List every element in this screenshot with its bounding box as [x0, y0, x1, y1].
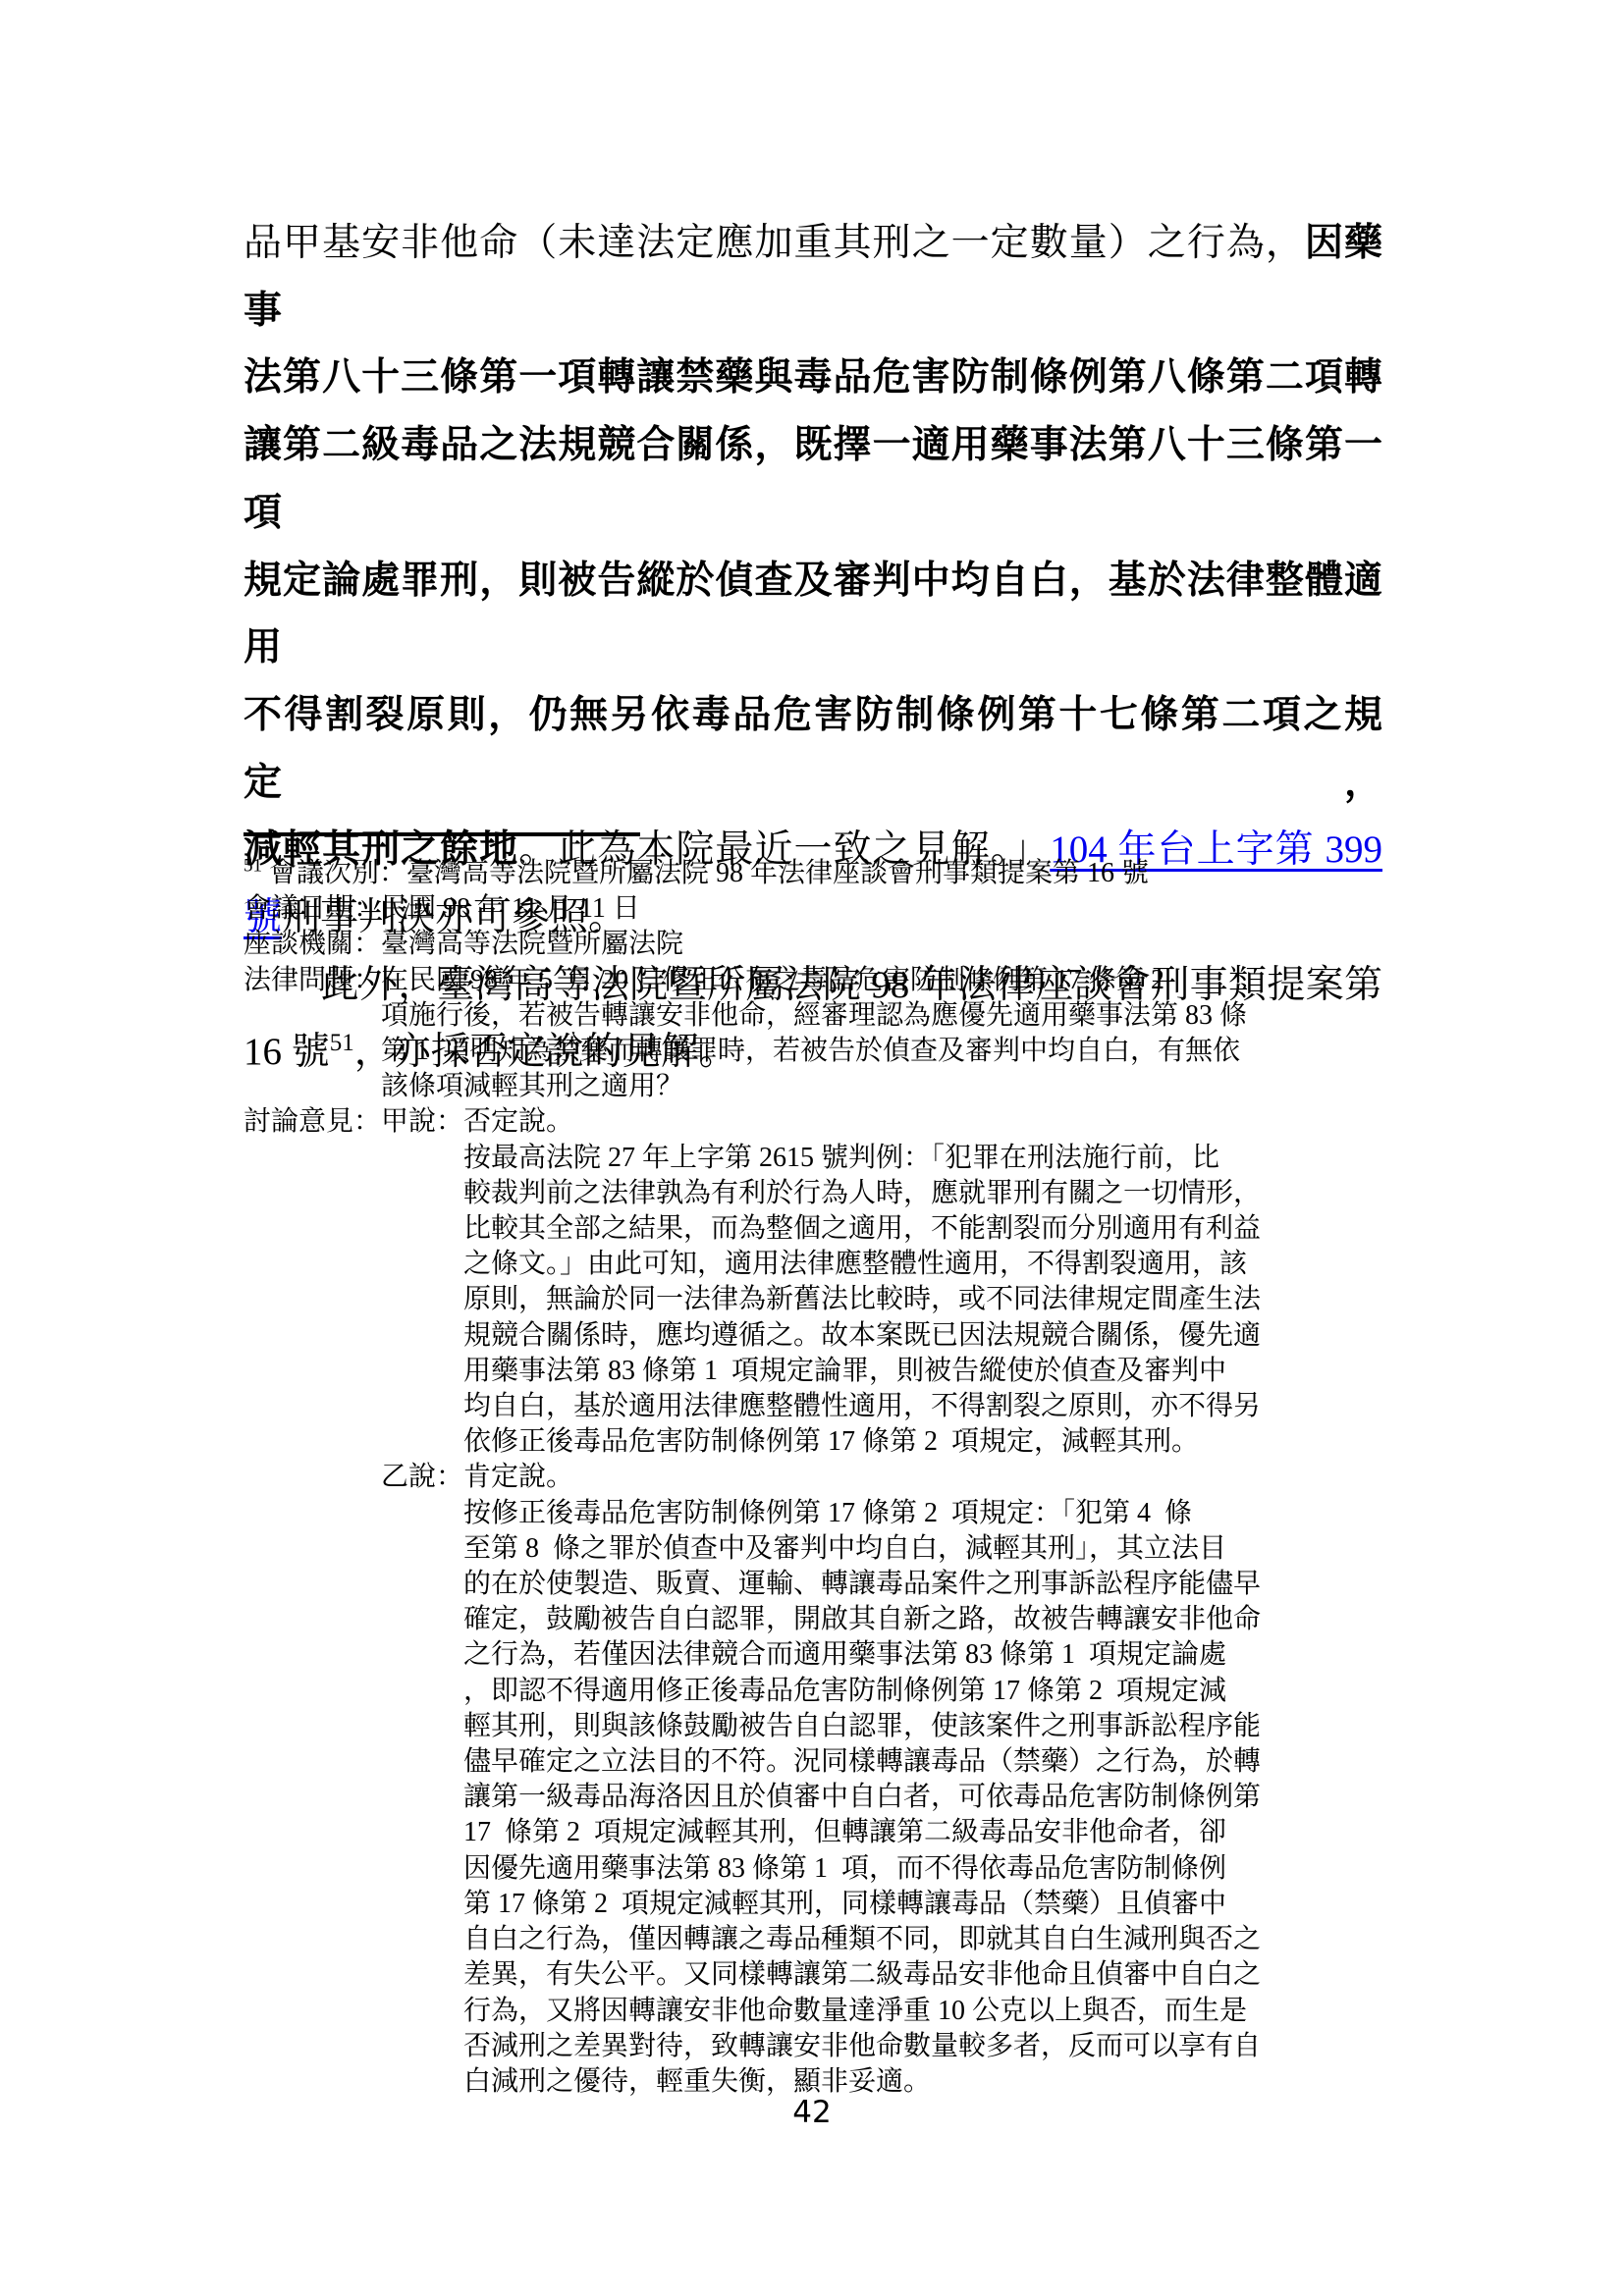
- body-text: 規定論處罪刑，則被告縱於偵查及審判中均自白，基於法律整體適用: [244, 560, 1382, 669]
- body-text: 讓第二級毒品之法規競合關係，既擇一適用藥事法第八十三條第一項: [244, 424, 1382, 534]
- footnote-text: 儘早確定之立法目的不符。況同樣轉讓毒品（禁藥）之行為，於轉: [463, 1746, 1261, 1777]
- footnote-line: 讓第一級毒品海洛因且於偵審中自白者，可依毒品危害防制條例第: [244, 1780, 1402, 1815]
- footnote-line: 自白之行為，僅因轉讓之毒品種類不同，即就其自白生減刑與否之: [244, 1922, 1402, 1957]
- footnote-line: 該條項減輕其刑之適用？: [244, 1069, 1402, 1104]
- footnote-text: 17 條第 2 項規定減輕其刑，但轉讓第二級毒品安非他命者，卻: [463, 1817, 1226, 1847]
- body-text: 不得割裂原則，仍無另依毒品危害防制條例第十七條第二項之規定，: [244, 694, 1382, 804]
- footnote-text: 乙說：肯定說。: [381, 1462, 573, 1492]
- footnote-line: 之行為，若僅因法律競合而適用藥事法第 83 條第 1 項規定論處: [244, 1637, 1402, 1673]
- footnote-text: 座談機關：臺灣高等法院暨所屬法院: [244, 929, 683, 959]
- footnote-text: 讓第一級毒品海洛因且於偵審中自白者，可依毒品危害防制條例第: [463, 1782, 1261, 1812]
- footnote-text: 用藥事法第 83 條第 1 項規定論罪，則被告縱使於偵查及審判中: [463, 1356, 1226, 1386]
- footnote-line: 確定，鼓勵被告自白認罪，開啟其自新之路，故被告轉讓安非他命: [244, 1602, 1402, 1637]
- footnote-line: 儘早確定之立法目的不符。況同樣轉讓毒品（禁藥）之行為，於轉: [244, 1744, 1402, 1780]
- footnote-text: 按最高法院 27 年上字第 2615 號判例：「犯罪在刑法施行前，比: [463, 1143, 1219, 1173]
- main-text-line: 讓第二級毒品之法規競合關係，既擇一適用藥事法第八十三條第一項: [244, 412, 1382, 547]
- footnote-text: 因優先適用藥事法第 83 條第 1 項，而不得依毒品危害防制條例: [463, 1853, 1226, 1884]
- footnote-text: 差異，有失公平。又同樣轉讓第二級毒品安非他命且偵審中自白之: [463, 1959, 1261, 1990]
- footnote-separator: [244, 832, 640, 836]
- footnote-text: 項施行後，若被告轉讓安非他命，經審理認為應優先適用藥事法第 83 條: [381, 1000, 1247, 1031]
- footnote-text: 法律問題：在民國 98 年 5 月 20 日修正公布之毒品危害防制條例第 17 …: [244, 965, 1164, 995]
- footnote-line: 均自白，基於適用法律應整體性適用，不得割裂之原則，亦不得另: [244, 1389, 1402, 1424]
- footnote-text: 輕其刑，則與該條鼓勵被告自白認罪，使該案件之刑事訴訟程序能: [463, 1711, 1261, 1741]
- footnote-line: 較裁判前之法律孰為有利於行為人時，應就罪刑有關之一切情形，: [244, 1176, 1402, 1211]
- body-text: 法第八十三條第一項轉讓禁藥與毒品危害防制條例第八條第二項轉: [244, 356, 1382, 399]
- document-page: 品甲基安非他命（未達法定應加重其刑之一定數量）之行為，因藥事法第八十三條第一項轉…: [0, 0, 1624, 2296]
- footnote-marker: 51: [244, 856, 262, 877]
- footnote-text: 規競合關係時，應均遵循之。故本案既已因法規競合關係，優先適: [463, 1320, 1261, 1351]
- footnote-text: 第 17 條第 2 項規定減輕其刑，同樣轉讓毒品（禁藥）且偵審中: [463, 1889, 1226, 1919]
- footnote-line: 座談機關：臺灣高等法院暨所屬法院: [244, 927, 1402, 962]
- footnote-line: 會議日期：民國 98 年 11 月 11 日: [244, 891, 1402, 927]
- footnote-text: 行為，又將因轉讓安非他命數量達淨重 10 公克以上與否，而生是: [463, 1996, 1247, 2026]
- footnote-line: 乙說：肯定說。: [244, 1460, 1402, 1495]
- footnote-text: 白減刑之優待，輕重失衡，顯非妥適。: [463, 2066, 931, 2097]
- footnote-line: 討論意見：甲說：否定說。: [244, 1104, 1402, 1140]
- footnote-block: 51 會議次別：臺灣高等法院暨所屬法院 98 年法律座談會刑事類提案第 16 號…: [244, 856, 1402, 2100]
- footnote-line: 51 會議次別：臺灣高等法院暨所屬法院 98 年法律座談會刑事類提案第 16 號: [244, 856, 1402, 891]
- footnote-line: 第 17 條第 2 項規定減輕其刑，同樣轉讓毒品（禁藥）且偵審中: [244, 1887, 1402, 1922]
- footnote-text: 會議次別：臺灣高等法院暨所屬法院 98 年法律座談會刑事類提案第 16 號: [262, 858, 1149, 888]
- footnote-line: 用藥事法第 83 條第 1 項規定論罪，則被告縱使於偵查及審判中: [244, 1354, 1402, 1389]
- footnote-text: 的在於使製造、販賣、運輸、轉讓毒品案件之刑事訴訟程序能儘早: [463, 1569, 1261, 1599]
- footnote-text: 該條項減輕其刑之適用？: [381, 1071, 683, 1101]
- footnote-line: 法律問題：在民國 98 年 5 月 20 日修正公布之毒品危害防制條例第 17 …: [244, 963, 1402, 998]
- footnote-text: 較裁判前之法律孰為有利於行為人時，應就罪刑有關之一切情形，: [463, 1178, 1261, 1208]
- footnote-line: ，即認不得適用修正後毒品危害防制條例第 17 條第 2 項規定減: [244, 1674, 1402, 1709]
- main-text-line: 品甲基安非他命（未達法定應加重其刑之一定數量）之行為，因藥事: [244, 210, 1382, 345]
- footnote-line: 的在於使製造、販賣、運輸、轉讓毒品案件之刑事訴訟程序能儘早: [244, 1567, 1402, 1602]
- footnote-line: 比較其全部之結果，而為整個之適用，不能割裂而分別適用有利益: [244, 1211, 1402, 1247]
- footnote-text: 原則，無論於同一法律為新舊法比較時，或不同法律規定間產生法: [463, 1284, 1261, 1314]
- footnote-text: 依修正後毒品危害防制條例第 17 條第 2 項規定，減輕其刑。: [463, 1426, 1199, 1457]
- footnote-text: 均自白，基於適用法律應整體性適用，不得割裂之原則，亦不得另: [463, 1391, 1261, 1421]
- footnote-line: 至第 8 條之罪於偵查中及審判中均自白，減輕其刑」，其立法目: [244, 1531, 1402, 1567]
- footnote-text: 自白之行為，僅因轉讓之毒品種類不同，即就其自白生減刑與否之: [463, 1924, 1261, 1954]
- footnote-line: 項施行後，若被告轉讓安非他命，經審理認為應優先適用藥事法第 83 條: [244, 998, 1402, 1034]
- footnote-line: 規競合關係時，應均遵循之。故本案既已因法規競合關係，優先適: [244, 1318, 1402, 1354]
- footnote-text: 比較其全部之結果，而為整個之適用，不能割裂而分別適用有利益: [463, 1213, 1261, 1244]
- footnote-text: 確定，鼓勵被告自白認罪，開啟其自新之路，故被告轉讓安非他命: [463, 1604, 1261, 1634]
- footnote-text: 按修正後毒品危害防制條例第 17 條第 2 項規定：「犯第 4 條: [463, 1498, 1192, 1528]
- body-text: 品甲基安非他命（未達法定應加重其刑之一定數量）之行為，: [244, 222, 1305, 264]
- footnote-line: 輕其刑，則與該條鼓勵被告自白認罪，使該案件之刑事訴訟程序能: [244, 1709, 1402, 1744]
- footnote-text: 討論意見：甲說：否定說。: [244, 1106, 573, 1137]
- footnote-line: 依修正後毒品危害防制條例第 17 條第 2 項規定，減輕其刑。: [244, 1424, 1402, 1460]
- footnote-line: 否減刑之差異對待，致轉讓安非他命數量較多者，反而可以享有自: [244, 2029, 1402, 2064]
- footnote-text: 之條文。」由此可知，適用法律應整體性適用，不得割裂適用，該: [463, 1249, 1247, 1279]
- footnote-line: 按最高法院 27 年上字第 2615 號判例：「犯罪在刑法施行前，比: [244, 1141, 1402, 1176]
- main-text-line: 不得割裂原則，仍無另依毒品危害防制條例第十七條第二項之規定，: [244, 682, 1382, 817]
- footnote-text: 第 1 項明知為禁藥而轉讓罪時，若被告於偵查及審判中均自白，有無依: [381, 1036, 1240, 1066]
- footnote-text: 否減刑之差異對待，致轉讓安非他命數量較多者，反而可以享有自: [463, 2031, 1261, 2061]
- footnote-line: 第 1 項明知為禁藥而轉讓罪時，若被告於偵查及審判中均自白，有無依: [244, 1034, 1402, 1069]
- page-number: 42: [0, 2095, 1624, 2130]
- footnote-text: ，即認不得適用修正後毒品危害防制條例第 17 條第 2 項規定減: [463, 1676, 1226, 1706]
- footnote-line: 因優先適用藥事法第 83 條第 1 項，而不得依毒品危害防制條例: [244, 1851, 1402, 1887]
- footnote-line: 差異，有失公平。又同樣轉讓第二級毒品安非他命且偵審中自白之: [244, 1957, 1402, 1993]
- footnote-line: 行為，又將因轉讓安非他命數量達淨重 10 公克以上與否，而生是: [244, 1994, 1402, 2029]
- footnote-line: 按修正後毒品危害防制條例第 17 條第 2 項規定：「犯第 4 條: [244, 1496, 1402, 1531]
- footnote-text: 會議日期：民國 98 年 11 月 11 日: [244, 893, 640, 924]
- footnote-line: 原則，無論於同一法律為新舊法比較時，或不同法律規定間產生法: [244, 1282, 1402, 1317]
- main-text-line: 法第八十三條第一項轉讓禁藥與毒品危害防制條例第八條第二項轉: [244, 345, 1382, 412]
- footnote-line: 之條文。」由此可知，適用法律應整體性適用，不得割裂適用，該: [244, 1247, 1402, 1282]
- footnote-text: 至第 8 條之罪於偵查中及審判中均自白，減輕其刑」，其立法目: [463, 1533, 1226, 1564]
- main-text-line: 規定論處罪刑，則被告縱於偵查及審判中均自白，基於法律整體適用: [244, 548, 1382, 682]
- footnote-line: 17 條第 2 項規定減輕其刑，但轉讓第二級毒品安非他命者，卻: [244, 1815, 1402, 1850]
- footnote-text: 之行為，若僅因法律競合而適用藥事法第 83 條第 1 項規定論處: [463, 1639, 1226, 1670]
